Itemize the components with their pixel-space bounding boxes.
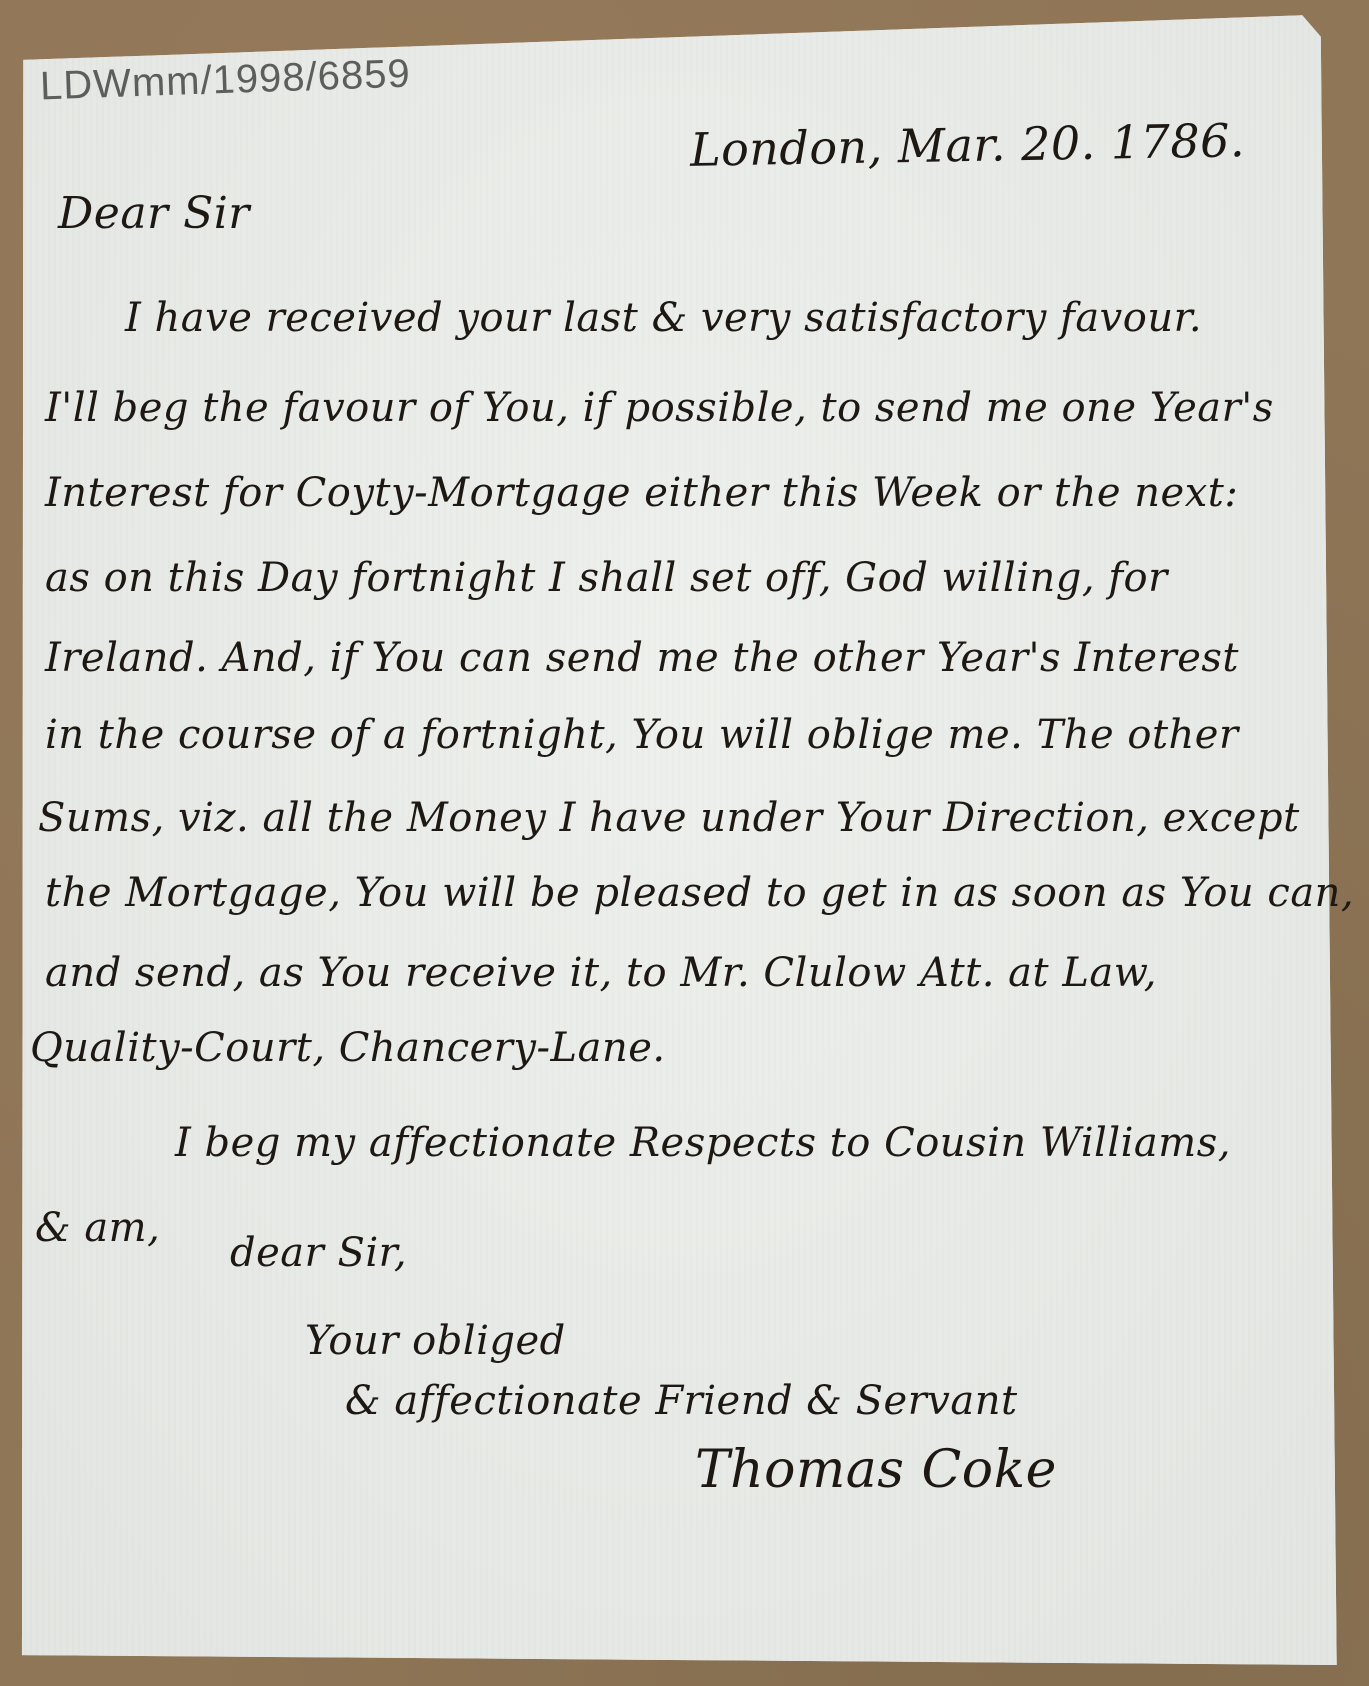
body-line: Ireland. And, if You can send me the oth… [45,635,1239,681]
body-line: as on this Day fortnight I shall set off… [45,555,1168,601]
signature: Thomas Coke [695,1440,1057,1500]
body-line: Sums, viz. all the Money I have under Yo… [38,795,1300,841]
dateline: London, Mar. 20. 1786. [690,113,1246,177]
body-line: Quality-Court, Chancery-Lane. [30,1025,666,1071]
closing-your-obliged: Your obliged [305,1318,566,1364]
body-line: I have received your last & very satisfa… [125,295,1202,341]
closing-dear-sir: dear Sir, [230,1230,407,1276]
body-line: Interest for Coyty-Mortgage either this … [45,470,1238,516]
salutation: Dear Sir [58,188,250,239]
closing-friend-servant: & affectionate Friend & Servant [345,1378,1018,1424]
closing-and-am: & am, [35,1205,160,1251]
body-line: I'll beg the favour of You, if possible,… [45,385,1274,431]
body-line: and send, as You receive it, to Mr. Clul… [45,950,1157,996]
body-line: I beg my affectionate Respects to Cousin… [175,1120,1231,1166]
body-line: the Mortgage, You will be pleased to get… [45,870,1354,916]
body-line: in the course of a fortnight, You will o… [45,712,1239,758]
